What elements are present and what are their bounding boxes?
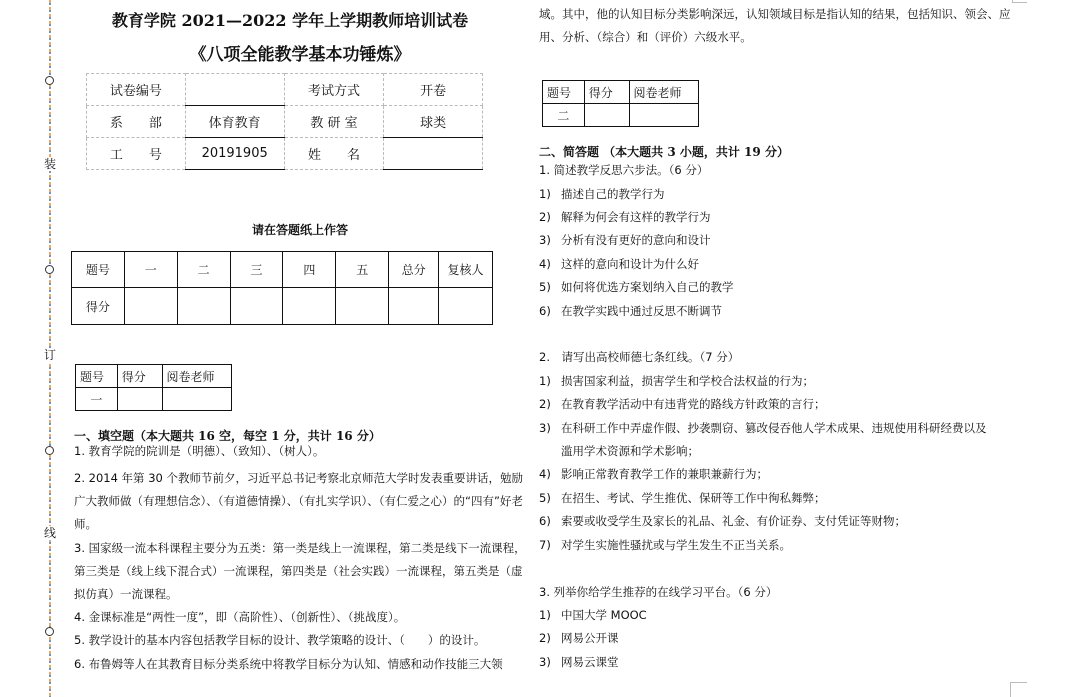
binding-hole-icon (45, 627, 54, 636)
score-header-cell: 四 (283, 252, 336, 288)
answer-item: 1)描述自己的教学行为 (539, 186, 665, 202)
info-label: 姓 名 (284, 138, 384, 170)
answer-item: 滥用学术资源和学术影响； (539, 443, 699, 459)
grader-table-section1: 题号 得分 阅卷老师 一 (75, 364, 232, 411)
binding-char-zhuang: 装 (44, 157, 56, 171)
section2-heading: 二、简答题 （本大题共 3 小题，共计 19 分） (539, 143, 789, 160)
answer-item: 1)中国大学 MOOC (539, 607, 647, 623)
grader-score-cell (584, 104, 629, 127)
answer-item: 3)网易云课堂 (539, 654, 619, 670)
crop-mark (1010, 682, 1027, 697)
grader-value-row: 二 (543, 104, 699, 127)
answer-item: 4)影响正常教育教学工作的兼职兼薪行为； (539, 466, 768, 482)
grader-header-cell: 阅卷老师 (629, 81, 699, 104)
score-header-cell: 总分 (389, 252, 439, 288)
score-header-cell: 复核人 (439, 252, 493, 288)
answer-instruction: 请在答题纸上作答 (200, 221, 400, 238)
score-cell (336, 288, 389, 325)
question-1-6: 6. 布鲁姆等人在其教育目标分类系统中将教学目标分为认知、情感和动作技能三大领 (74, 653, 529, 676)
score-header-cell: 二 (177, 252, 230, 288)
info-value (185, 74, 284, 106)
binding-char-ding: 订 (44, 348, 56, 362)
info-row: 试卷编号 考试方式 开卷 (87, 74, 483, 106)
score-header-cell: 三 (230, 252, 283, 288)
binding-char-xian: 线 (44, 526, 56, 540)
score-header-cell: 一 (124, 252, 177, 288)
grader-teacher-cell (162, 388, 232, 411)
score-header-row: 题号 一 二 三 四 五 总分 复核人 (72, 252, 493, 288)
score-cell (439, 288, 493, 325)
answer-item: 6)索要或收受学生及家长的礼品、礼金、有价证券、支付凭证等财物； (539, 513, 906, 529)
info-label: 教 研 室 (284, 106, 384, 138)
info-label: 工 号 (87, 138, 186, 170)
score-row-label: 得分 (72, 288, 125, 325)
section-number: 一 (76, 388, 118, 411)
info-value: 体育教育 (185, 106, 284, 138)
answer-item: 1)损害国家利益，损害学生和学校合法权益的行为； (539, 373, 814, 389)
answer-item: 3)在科研工作中弄虚作假、抄袭剽窃、篡改侵吞他人学术成果、违规使用科研经费以及 (539, 420, 987, 436)
info-value (384, 138, 483, 170)
grader-header-cell: 得分 (117, 365, 162, 388)
grader-header-cell: 得分 (584, 81, 629, 104)
answer-item: 4)这样的意向和设计为什么好 (539, 256, 699, 272)
grader-teacher-cell (629, 104, 699, 127)
question-1-4: 4. 金课标准是“两性一度”，即（高阶性）、（创新性）、（挑战度）。 (74, 606, 529, 629)
info-value: 20191905 (185, 138, 284, 170)
score-header-cell: 五 (336, 252, 389, 288)
grader-header-cell: 题号 (543, 81, 585, 104)
grader-header-cell: 阅卷老师 (162, 365, 232, 388)
grader-header-row: 题号 得分 阅卷老师 (543, 81, 699, 104)
score-cell (177, 288, 230, 325)
question-1-6-continued: 域。其中，他的认知目标分类影响深远，认知领域目标是指认知的结果，包括知识、领会、… (539, 3, 1029, 49)
score-cell (124, 288, 177, 325)
grader-table-section2: 题号 得分 阅卷老师 二 (542, 80, 699, 127)
question-1-1: 1. 教育学院的院训是（明德）、（致知）、（树人）。 (74, 440, 529, 463)
score-header-cell: 题号 (72, 252, 125, 288)
question-1-5: 5. 教学设计的基本内容包括教学目标的设计、教学策略的设计、（ ）的设计。 (74, 629, 529, 652)
grader-header-cell: 题号 (76, 365, 118, 388)
grader-value-row: 一 (76, 388, 232, 411)
score-cell (230, 288, 283, 325)
answer-item: 2)在教育教学活动中有违背党的路线方针政策的言行； (539, 396, 826, 412)
score-cell (283, 288, 336, 325)
answer-item: 5)如何将优选方案划纳入自己的教学 (539, 279, 734, 295)
question-2-1-title: 1. 简述教学反思六步法。（6 分） (539, 162, 708, 178)
info-label: 系 部 (87, 106, 186, 138)
section-number: 二 (543, 104, 585, 127)
score-cell (389, 288, 439, 325)
answer-item: 2)网易公开课 (539, 630, 619, 646)
info-row: 工 号 20191905 姓 名 (87, 138, 483, 170)
exam-info-table: 试卷编号 考试方式 开卷 系 部 体育教育 教 研 室 球类 工 号 20191… (86, 73, 483, 170)
question-1-2: 2. 2014 年第 30 个教师节前夕，习近平总书记考察北京师范大学时发表重要… (74, 467, 529, 536)
info-value: 开卷 (384, 74, 483, 106)
question-2-2-title: 2. 请写出高校师德七条红线。（7 分） (539, 349, 739, 365)
answer-item: 5)在招生、考试、学生推优、保研等工作中徇私舞弊； (539, 490, 826, 506)
answer-item: 2)解释为何会有这样的教学行为 (539, 209, 711, 225)
info-label: 考试方式 (284, 74, 384, 106)
score-summary-table: 题号 一 二 三 四 五 总分 复核人 得分 (71, 251, 493, 325)
answer-item: 6)在教学实践中通过反思不断调节 (539, 303, 722, 319)
binding-hole-icon (45, 446, 54, 455)
info-value: 球类 (384, 106, 483, 138)
grader-score-cell (117, 388, 162, 411)
binding-hole-icon (45, 76, 54, 85)
answer-item: 3)分析有没有更好的意向和设计 (539, 232, 711, 248)
question-1-3: 3. 国家级一流本科课程主要分为五类：第一类是线上一流课程，第二类是线下一流课程… (74, 537, 529, 606)
question-2-3-title: 3. 列举你给学生推荐的在线学习平台。（6 分） (539, 584, 777, 600)
answer-item: 7)对学生实施性骚扰或与学生发生不正当关系。 (539, 537, 791, 553)
grader-header-row: 题号 得分 阅卷老师 (76, 365, 232, 388)
info-label: 试卷编号 (87, 74, 186, 106)
exam-subtitle: 《八项全能教学基本功锤炼》 (60, 40, 540, 65)
score-value-row: 得分 (72, 288, 493, 325)
exam-title: 教育学院 2021—2022 学年上学期教师培训试卷 (60, 8, 520, 31)
info-row: 系 部 体育教育 教 研 室 球类 (87, 106, 483, 138)
binding-hole-icon (45, 265, 54, 274)
